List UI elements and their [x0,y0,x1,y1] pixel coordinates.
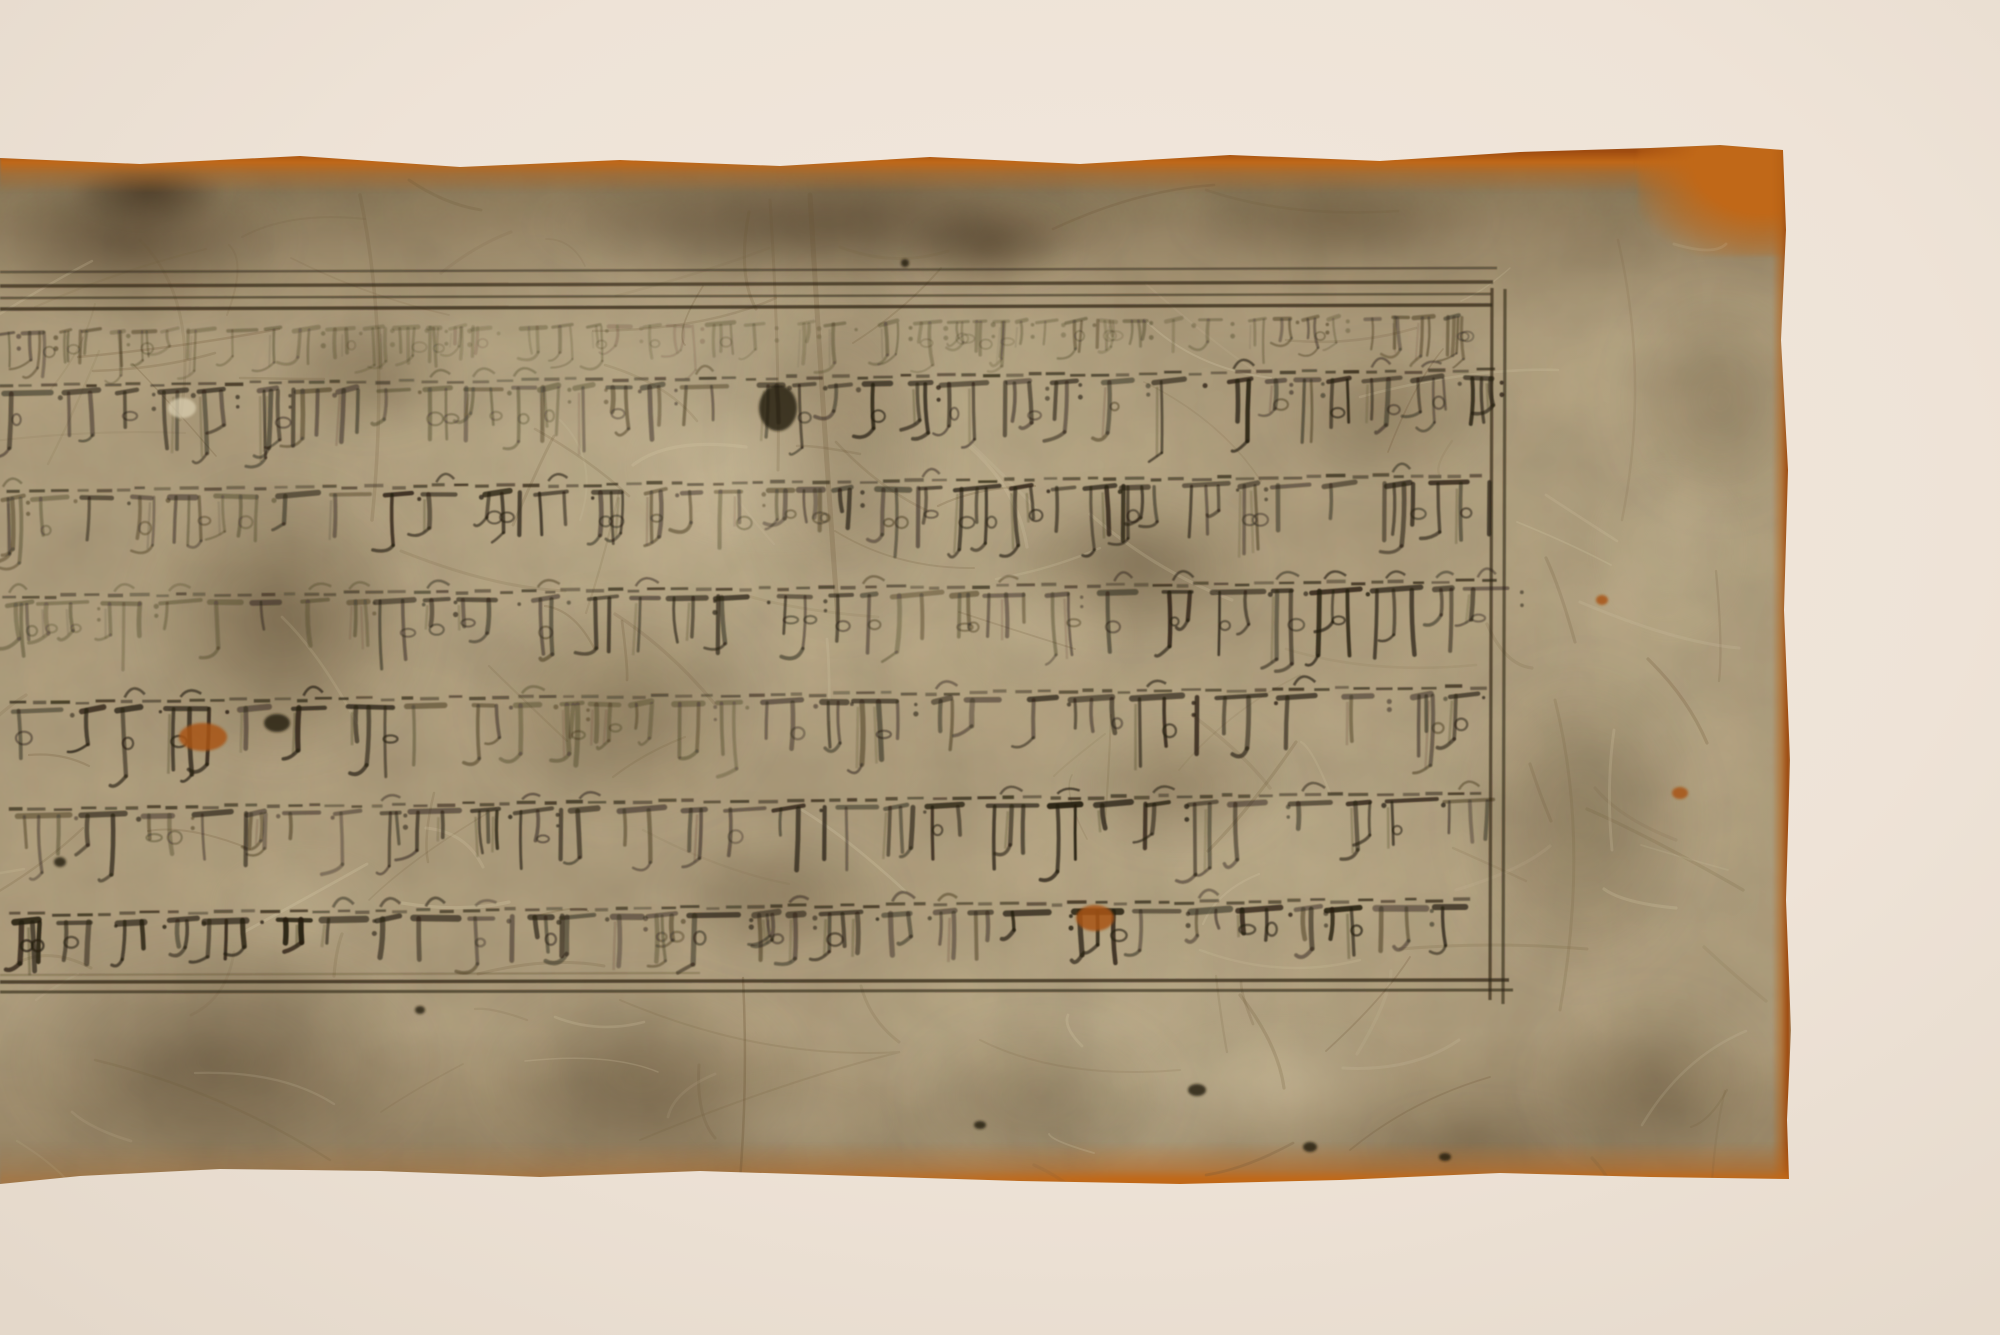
rust-spot [179,723,227,751]
ink-smudge [415,1006,425,1014]
tibetan-text-line [9,674,1487,787]
ink-smudge [264,714,290,732]
manuscript-leaf [0,0,2000,1335]
ink-smudge [901,259,909,267]
tibetan-text-line [0,463,1490,571]
abrasion-spot [168,398,196,418]
photo-backdrop [0,0,2000,1335]
rust-spot [1672,787,1688,799]
rust-spot [1076,905,1114,931]
tibetan-text-line [9,781,1494,894]
woodblock-print [0,0,2000,1335]
ink-smudge [54,857,66,867]
ink-smudge [759,385,797,431]
ink-smudge [1439,1153,1451,1161]
rust-spot [1596,595,1608,605]
tibetan-text-line [5,886,1471,980]
tibetan-text-line [0,357,1505,474]
ink-smudge [1188,1084,1206,1096]
ink-smudge [974,1121,986,1129]
fiber-veins [0,180,1766,1208]
ink-smudge [1303,1142,1317,1152]
tibetan-text-line [0,568,1525,685]
